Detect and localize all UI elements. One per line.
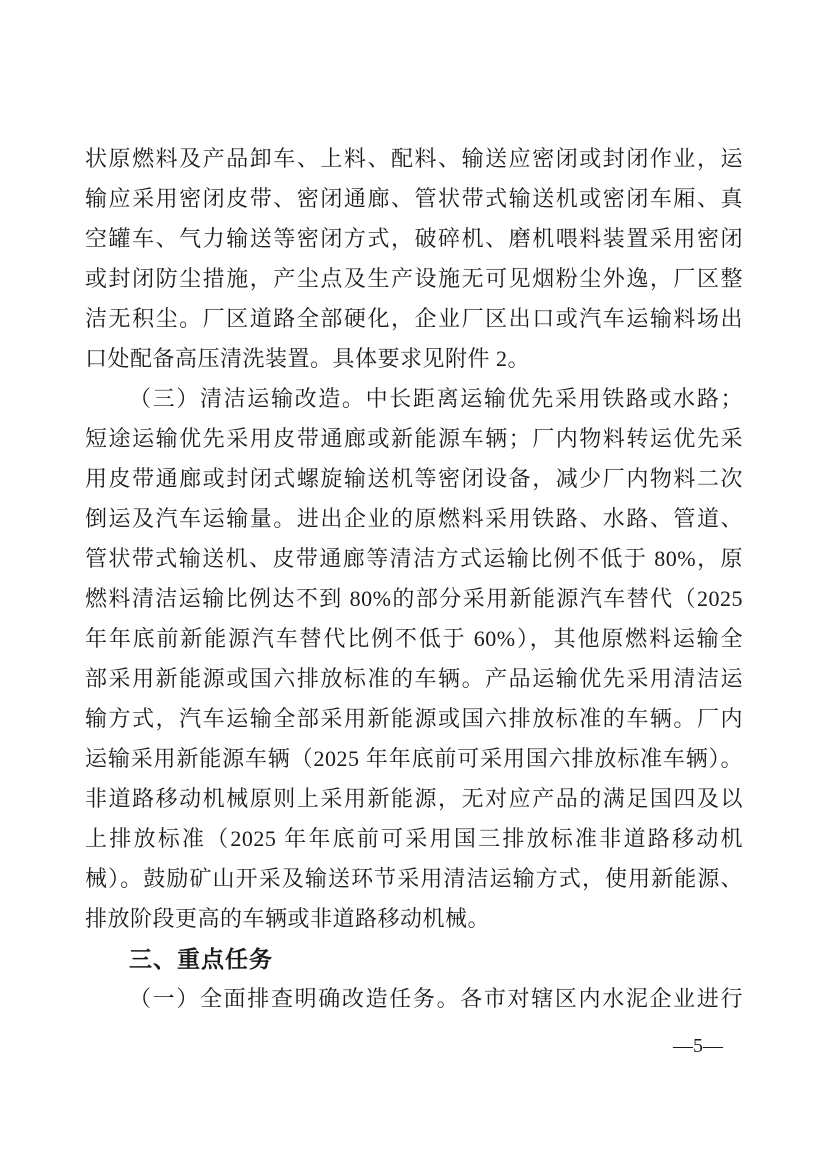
text-line: 排放阶段更高的车辆或非道路移动机械。 <box>85 899 743 939</box>
text-line: 运输采用新能源车辆（2025 年年底前可采用国六排放标准车辆）。 <box>85 739 743 779</box>
document-page: 状原燃料及产品卸车、上料、配料、输送应密闭或封闭作业，运输应采用密闭皮带、密闭通… <box>0 0 826 1169</box>
text-line: 短途运输优先采用皮带通廊或新能源车辆；厂内物料转运优先采 <box>85 419 743 459</box>
text-line: 用皮带通廊或封闭式螺旋输送机等密闭设备，减少厂内物料二次 <box>85 459 743 499</box>
section-heading: 三、重点任务 <box>85 939 743 979</box>
text-line: （三）清洁运输改造。中长距离运输优先采用铁路或水路； <box>85 379 743 419</box>
text-line: 或封闭防尘措施，产尘点及生产设施无可见烟粉尘外逸，厂区整 <box>85 259 743 299</box>
text-line: 空罐车、气力输送等密闭方式，破碎机、磨机喂料装置采用密闭 <box>85 219 743 259</box>
text-line: 洁无积尘。厂区道路全部硬化，企业厂区出口或汽车运输料场出 <box>85 299 743 339</box>
text-line: 状原燃料及产品卸车、上料、配料、输送应密闭或封闭作业，运 <box>85 139 743 179</box>
text-line: 燃料清洁运输比例达不到 80%的部分采用新能源汽车替代（2025 <box>85 579 743 619</box>
text-line: 口处配备高压清洗装置。具体要求见附件 2。 <box>85 339 743 379</box>
text-line: 上排放标准（2025 年年底前可采用国三排放标准非道路移动机 <box>85 819 743 859</box>
text-line: 倒运及汽车运输量。进出企业的原燃料采用铁路、水路、管道、 <box>85 499 743 539</box>
text-line: 管状带式输送机、皮带通廊等清洁方式运输比例不低于 80%，原 <box>85 539 743 579</box>
text-line: 非道路移动机械原则上采用新能源，无对应产品的满足国四及以 <box>85 779 743 819</box>
page-number: —5— <box>673 1034 723 1058</box>
text-line: 输应采用密闭皮带、密闭通廊、管状带式输送机或密闭车厢、真 <box>85 179 743 219</box>
text-line: 部采用新能源或国六排放标准的车辆。产品运输优先采用清洁运 <box>85 659 743 699</box>
text-line: 械）。鼓励矿山开采及输送环节采用清洁运输方式，使用新能源、 <box>85 859 743 899</box>
text-line: 年年底前新能源汽车替代比例不低于 60%），其他原燃料运输全 <box>85 619 743 659</box>
document-text-block: 状原燃料及产品卸车、上料、配料、输送应密闭或封闭作业，运输应采用密闭皮带、密闭通… <box>85 139 743 1019</box>
text-line: 输方式，汽车运输全部采用新能源或国六排放标准的车辆。厂内 <box>85 699 743 739</box>
text-line: （一）全面排查明确改造任务。各市对辖区内水泥企业进行 <box>85 979 743 1019</box>
